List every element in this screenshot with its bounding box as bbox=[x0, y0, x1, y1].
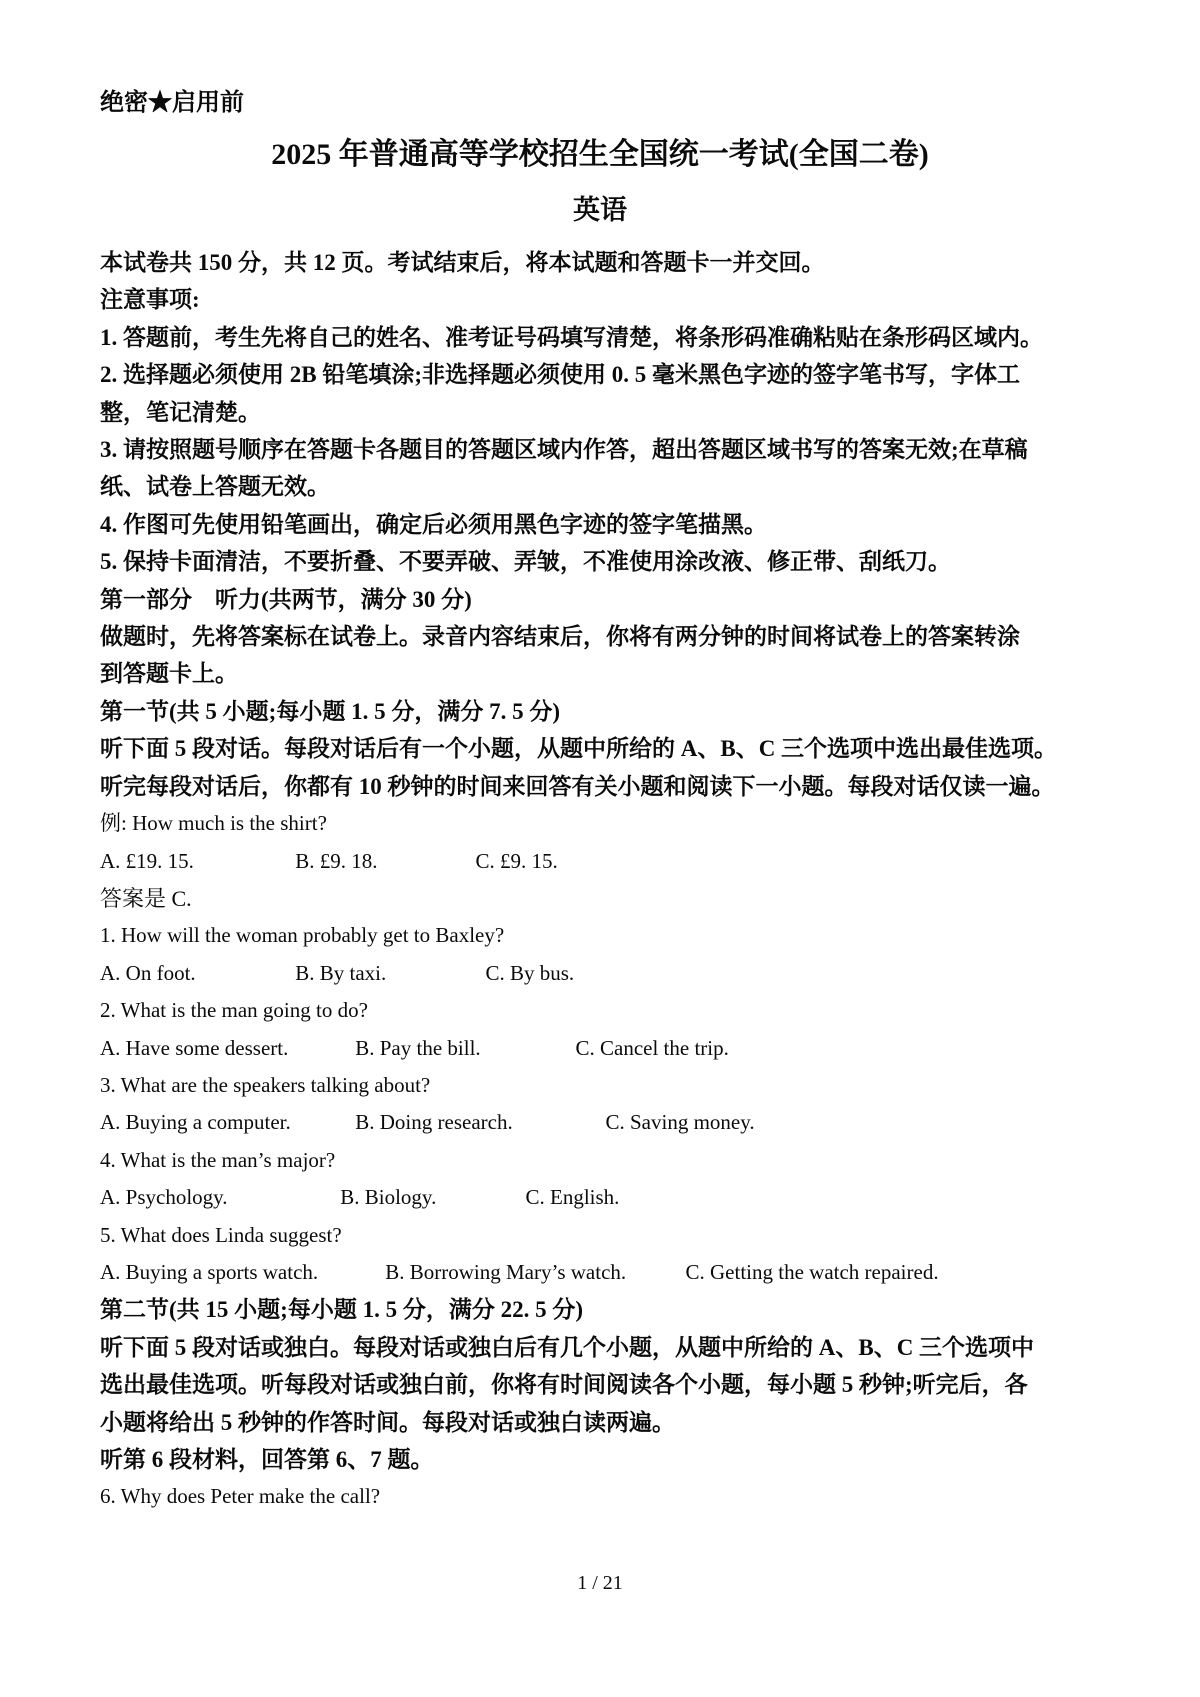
section1-instruction-line-2: 听完每段对话后，你都有 10 秒钟的时间来回答有关小题和阅读下一小题。每段对话仅… bbox=[100, 768, 1100, 805]
part1-instruction-line-1: 做题时，先将答案标在试卷上。录音内容结束后，你将有两分钟的时间将试卷上的答案转涂 bbox=[100, 618, 1100, 655]
question-1-option-b: B. By taxi. bbox=[295, 955, 480, 992]
question-3-option-b: B. Doing research. bbox=[355, 1104, 600, 1141]
question-5: 5. What does Linda suggest? bbox=[100, 1217, 1100, 1254]
notice-line-3b: 纸、试卷上答题无效。 bbox=[100, 468, 1100, 505]
part1-heading: 第一部分 听力(共两节，满分 30 分) bbox=[100, 581, 1100, 618]
question-3-options: A. Buying a computer. B. Doing research.… bbox=[100, 1104, 1100, 1141]
example-option-b: B. £9. 18. bbox=[295, 843, 470, 880]
part1-instruction-line-2: 到答题卡上。 bbox=[100, 655, 1100, 692]
question-4: 4. What is the man’s major? bbox=[100, 1142, 1100, 1179]
classification-label: 绝密★启用前 bbox=[100, 86, 1100, 120]
question-5-option-a: A. Buying a sports watch. bbox=[100, 1254, 380, 1291]
exam-paper-page: 绝密★启用前 2025 年普通高等学校招生全国统一考试(全国二卷) 英语 本试卷… bbox=[0, 0, 1200, 1697]
question-5-options: A. Buying a sports watch. B. Borrowing M… bbox=[100, 1254, 1100, 1291]
question-1-options: A. On foot. B. By taxi. C. By bus. bbox=[100, 955, 1100, 992]
question-3-option-c: C. Saving money. bbox=[606, 1104, 755, 1141]
question-2-options: A. Have some dessert. B. Pay the bill. C… bbox=[100, 1030, 1100, 1067]
question-3: 3. What are the speakers talking about? bbox=[100, 1067, 1100, 1104]
example-option-a: A. £19. 15. bbox=[100, 843, 290, 880]
notice-line-2: 2. 选择题必须使用 2B 铅笔填涂;非选择题必须使用 0. 5 毫米黑色字迹的… bbox=[100, 356, 1100, 393]
question-1-option-a: A. On foot. bbox=[100, 955, 290, 992]
section2-instruction-line-2: 选出最佳选项。听每段对话或独白前，你将有时间阅读各个小题，每小题 5 秒钟;听完… bbox=[100, 1366, 1100, 1403]
question-6: 6. Why does Peter make the call? bbox=[100, 1478, 1100, 1515]
question-2-option-b: B. Pay the bill. bbox=[355, 1030, 570, 1067]
question-1-option-c: C. By bus. bbox=[486, 955, 575, 992]
notice-line-1: 1. 答题前，考生先将自己的姓名、准考证号码填写清楚，将条形码准确粘贴在条形码区… bbox=[100, 319, 1100, 356]
question-2: 2. What is the man going to do? bbox=[100, 992, 1100, 1029]
notice-line-5: 5. 保持卡面清洁，不要折叠、不要弄破、弄皱，不准使用涂改液、修正带、刮纸刀。 bbox=[100, 543, 1100, 580]
subject-title: 英语 bbox=[100, 190, 1100, 230]
question-3-option-a: A. Buying a computer. bbox=[100, 1104, 350, 1141]
intro-line: 本试卷共 150 分，共 12 页。考试结束后，将本试题和答题卡一并交回。 bbox=[100, 244, 1100, 281]
question-2-option-a: A. Have some dessert. bbox=[100, 1030, 350, 1067]
question-4-option-b: B. Biology. bbox=[340, 1179, 520, 1216]
question-5-option-c: C. Getting the watch repaired. bbox=[686, 1254, 939, 1291]
example-options: A. £19. 15. B. £9. 18. C. £9. 15. bbox=[100, 843, 1100, 880]
section2-heading: 第二节(共 15 小题;每小题 1. 5 分，满分 22. 5 分) bbox=[100, 1291, 1100, 1328]
exam-title: 2025 年普通高等学校招生全国统一考试(全国二卷) bbox=[100, 134, 1100, 176]
notice-heading: 注意事项: bbox=[100, 281, 1100, 318]
notice-line-3: 3. 请按照题号顺序在答题卡各题目的答题区域内作答，超出答题区域书写的答案无效;… bbox=[100, 431, 1100, 468]
example-answer: 答案是 C. bbox=[100, 880, 1100, 917]
material-6-line: 听第 6 段材料，回答第 6、7 题。 bbox=[100, 1441, 1100, 1478]
question-4-options: A. Psychology. B. Biology. C. English. bbox=[100, 1179, 1100, 1216]
question-4-option-a: A. Psychology. bbox=[100, 1179, 335, 1216]
question-5-option-b: B. Borrowing Mary’s watch. bbox=[385, 1254, 680, 1291]
section2-instruction-line-1: 听下面 5 段对话或独白。每段对话或独白后有几个小题，从题中所给的 A、B、C … bbox=[100, 1329, 1100, 1366]
section1-instruction-line-1: 听下面 5 段对话。每段对话后有一个小题，从题中所给的 A、B、C 三个选项中选… bbox=[100, 730, 1100, 767]
notice-line-2b: 整，笔记清楚。 bbox=[100, 394, 1100, 431]
section1-heading: 第一节(共 5 小题;每小题 1. 5 分，满分 7. 5 分) bbox=[100, 693, 1100, 730]
page-number: 1 / 21 bbox=[0, 1572, 1200, 1595]
question-2-option-c: C. Cancel the trip. bbox=[576, 1030, 729, 1067]
section2-instruction-line-3: 小题将给出 5 秒钟的作答时间。每段对话或独白读两遍。 bbox=[100, 1404, 1100, 1441]
example-option-c: C. £9. 15. bbox=[476, 843, 558, 880]
example-question: 例: How much is the shirt? bbox=[100, 805, 1100, 842]
notice-line-4: 4. 作图可先使用铅笔画出，确定后必须用黑色字迹的签字笔描黑。 bbox=[100, 506, 1100, 543]
question-4-option-c: C. English. bbox=[526, 1179, 620, 1216]
question-1: 1. How will the woman probably get to Ba… bbox=[100, 917, 1100, 954]
